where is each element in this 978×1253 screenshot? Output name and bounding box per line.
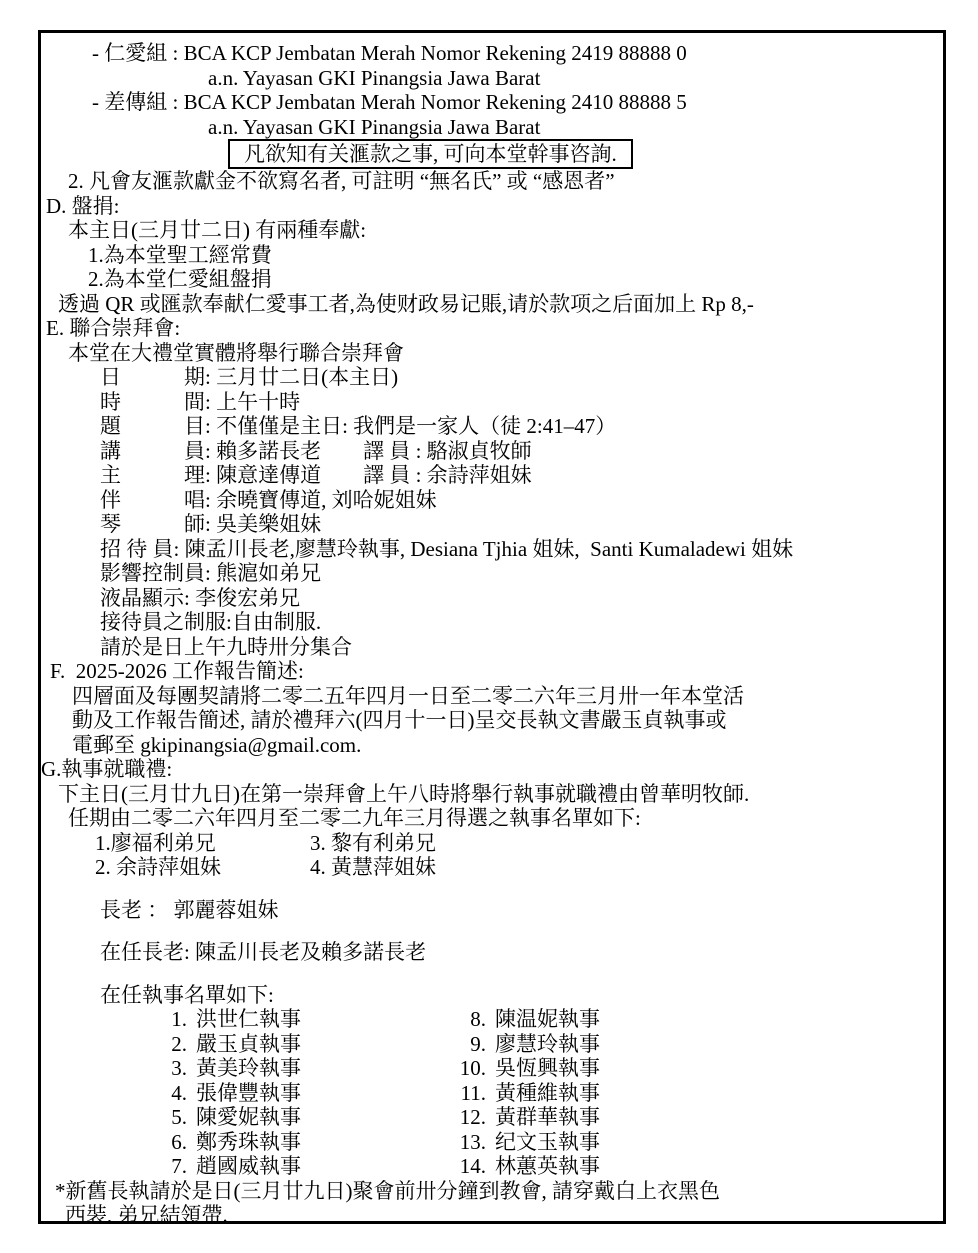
- section-f-line-3: 電郵至 gkipinangsia@gmail.com.: [41, 733, 943, 758]
- deacon-number: 5.: [41, 1105, 187, 1130]
- deacon-name: 廖慧玲執事: [486, 1032, 600, 1057]
- deacon-number: 1.: [41, 1007, 187, 1032]
- elected-deacon-3: 3. 黎有利弟兄: [310, 831, 436, 856]
- section-e-heading: E. 聯合崇拜會:: [41, 316, 943, 341]
- spacer: [41, 922, 943, 940]
- section-d-heading: D. 盤捐:: [41, 194, 943, 219]
- incumbent-deacon-row: 2. 嚴玉貞執事 9. 廖慧玲執事: [41, 1032, 943, 1057]
- deacon-name: 纪文玉執事: [486, 1130, 600, 1155]
- section-g-heading: G.執事就職禮:: [41, 757, 943, 782]
- deacon-name: 林蕙英執事: [486, 1154, 600, 1179]
- section-g-line-2: 任期由二零二六年四月至二零二九年三月得選之執事名單如下:: [41, 806, 943, 831]
- elected-deacons-row: 1.廖福利弟兄 3. 黎有利弟兄: [41, 831, 943, 856]
- section-f-line-2: 動及工作報告簡述, 請於禮拜六(四月十一日)呈交長執文書嚴玉貞執事或: [41, 708, 943, 733]
- gathering-time-row: 請於是日上午九時卅分集合: [41, 635, 943, 660]
- service-leader-row: 主 理: 陳意達傳道 譯 員 : 余詩萍姐妹: [41, 463, 943, 488]
- section-g-line-1: 下主日(三月廿九日)在第一崇拜會上午八時將舉行執事就職禮由曾華明牧師.: [41, 782, 943, 807]
- incumbent-deacon-row: 3. 黃美玲執事 10. 吳恆興執事: [41, 1056, 943, 1081]
- incumbent-elders-line: 在任長老: 陳孟川長老及賴多諾長老: [41, 940, 943, 965]
- remittance-notice-box: 凡欲知有关滙款之事, 可向本堂幹事咨詢.: [228, 139, 633, 169]
- spacer: [41, 880, 943, 898]
- deacon-name: 洪世仁執事: [187, 1007, 408, 1032]
- deacon-number: 14.: [408, 1154, 486, 1179]
- service-speaker-row: 講 員: 賴多諾長老 譯 員 : 駱淑貞牧師: [41, 439, 943, 464]
- deacon-name: 陳愛妮執事: [187, 1105, 408, 1130]
- section-f-heading: F. 2025-2026 工作報告簡述:: [41, 659, 943, 684]
- deacon-name: 趙國威執事: [187, 1154, 408, 1179]
- section-f-line-1: 四層面及每團契請將二零二五年四月一日至二零二六年三月卅一年本堂活: [41, 684, 943, 709]
- deacon-number: 13.: [408, 1130, 486, 1155]
- elected-elder-line: 長老 ： 郭麗蓉姐妹: [41, 898, 943, 923]
- section-e-intro: 本堂在大禮堂實體將舉行聯合崇拜會: [41, 341, 943, 366]
- deacon-number: 7.: [41, 1154, 187, 1179]
- section-d-intro: 本主日(三月廿二日) 有兩種奉獻:: [41, 218, 943, 243]
- anonymous-donor-note: 2. 凡會友滙款獻金不欲寫名者, 可註明 “無名氏” 或 “感恩者”: [41, 169, 943, 194]
- service-ushers-row: 招 待 員: 陳孟川長老,廖慧玲執事, Desiana Tjhia 姐妹, Sa…: [41, 537, 943, 562]
- footnote-line-1: *新舊長執請於是日(三月廿九日)聚會前卅分鐘到教會, 請穿戴白上衣黑色: [41, 1179, 943, 1204]
- incumbent-deacon-row: 6. 鄭秀珠執事 13. 纪文玉執事: [41, 1130, 943, 1155]
- service-date-row: 日 期: 三月廿二日(本主日): [41, 365, 943, 390]
- deacon-number: 9.: [408, 1032, 486, 1057]
- deacon-name: 嚴玉貞執事: [187, 1032, 408, 1057]
- deacon-number: 11.: [408, 1081, 486, 1106]
- spacer: [41, 965, 943, 983]
- incumbent-deacon-row: 7. 趙國威執事 14. 林蕙英執事: [41, 1154, 943, 1179]
- deacon-name: 張偉豐執事: [187, 1081, 408, 1106]
- bank-holder-line-2: a.n. Yayasan GKI Pinangsia Jawa Barat: [41, 115, 943, 140]
- deacon-number: 6.: [41, 1130, 187, 1155]
- deacon-name: 吳恆興執事: [486, 1056, 600, 1081]
- elected-deacon-4: 4. 黃慧萍姐妹: [310, 855, 436, 880]
- deacon-number: 2.: [41, 1032, 187, 1057]
- elected-deacon-1: 1.廖福利弟兄: [95, 831, 310, 856]
- service-pianist-row: 琴 師: 吳美樂姐妹: [41, 512, 943, 537]
- lcd-display-row: 液晶顯示: 李俊宏弟兄: [41, 586, 943, 611]
- incumbent-deacon-row: 4. 張偉豐執事 11. 黃種維執事: [41, 1081, 943, 1106]
- bank-holder-line-1: a.n. Yayasan GKI Pinangsia Jawa Barat: [41, 66, 943, 91]
- incumbent-deacon-row: 1. 洪世仁執事 8. 陳温妮執事: [41, 1007, 943, 1032]
- offering-item-1: 1.為本堂聖工經常費: [41, 243, 943, 268]
- service-topic-row: 題 目: 不僅僅是主日: 我們是一家人（徒 2:41–47）: [41, 414, 943, 439]
- offering-item-2: 2.為本堂仁愛組盤捐: [41, 267, 943, 292]
- bank-account-line-2: - 差傳組 : BCA KCP Jembatan Merah Nomor Rek…: [41, 90, 943, 115]
- notice-box-row: 凡欲知有关滙款之事, 可向本堂幹事咨詢.: [41, 139, 943, 169]
- service-singers-row: 伴 唱: 余曉寶傳道, 刘哈妮姐妹: [41, 488, 943, 513]
- deacon-number: 10.: [408, 1056, 486, 1081]
- deacon-number: 3.: [41, 1056, 187, 1081]
- deacon-name: 黃美玲執事: [187, 1056, 408, 1081]
- incumbent-deacon-row: 5. 陳愛妮執事 12. 黃群華執事: [41, 1105, 943, 1130]
- elected-deacon-2: 2. 余詩萍姐妹: [95, 855, 310, 880]
- deacon-name: 黃群華執事: [486, 1105, 600, 1130]
- deacon-name: 陳温妮執事: [486, 1007, 600, 1032]
- service-time-row: 時 間: 上午十時: [41, 390, 943, 415]
- footnote-line-2: 西裝, 弟兄結領帶.: [41, 1203, 943, 1224]
- elected-deacons-row: 2. 余詩萍姐妹 4. 黃慧萍姐妹: [41, 855, 943, 880]
- bulletin-page: - 仁愛組 : BCA KCP Jembatan Merah Nomor Rek…: [38, 30, 946, 1224]
- deacon-number: 8.: [408, 1007, 486, 1032]
- sound-control-row: 影響控制員: 熊滬如弟兄: [41, 561, 943, 586]
- deacon-name: 黃種維執事: [486, 1081, 600, 1106]
- usher-uniform-row: 接待員之制服:自由制服.: [41, 610, 943, 635]
- deacon-number: 4.: [41, 1081, 187, 1106]
- bank-account-line-1: - 仁愛組 : BCA KCP Jembatan Merah Nomor Rek…: [41, 41, 943, 66]
- deacon-name: 鄭秀珠執事: [187, 1130, 408, 1155]
- qr-transfer-note: 透過 QR 或匯款奉献仁愛事工者,為使财政易记賬,请於款项之后面加上 Rp 8,…: [41, 292, 943, 317]
- incumbent-deacons-heading: 在任執事名單如下:: [41, 983, 943, 1008]
- deacon-number: 12.: [408, 1105, 486, 1130]
